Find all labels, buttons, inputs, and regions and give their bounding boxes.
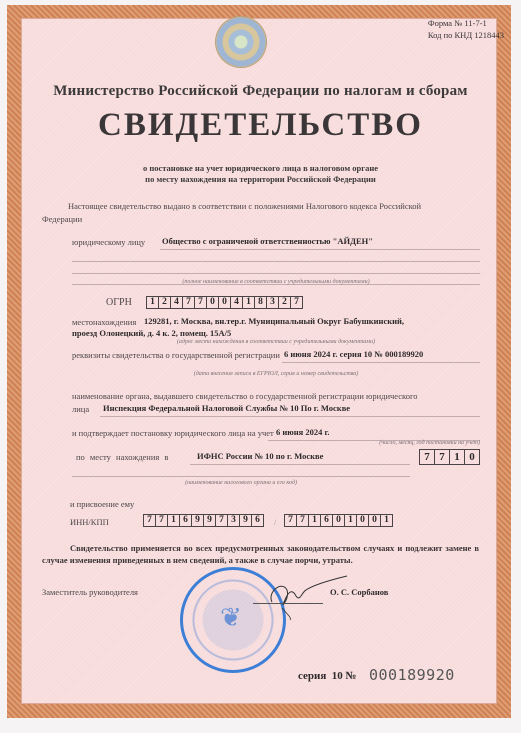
registration-label: реквизиты свидетельства о государственно… <box>72 350 280 360</box>
document-title: СВИДЕТЕЛЬСТВО <box>0 107 521 144</box>
kpp-digit: 1 <box>345 515 357 526</box>
inn-digit: 9 <box>192 515 204 526</box>
form-number: Форма № 11-7-1 <box>428 17 504 29</box>
form-info: Форма № 11-7-1 Код по КНД 1218443 <box>428 17 504 41</box>
knd-code: Код по КНД 1218443 <box>428 29 504 41</box>
inn-digit: 6 <box>180 515 192 526</box>
tax-office-code-digit: 0 <box>465 450 479 464</box>
registration-hint: (дата внесения записи в ЕГРЮЛ, серия и н… <box>72 371 480 377</box>
ogrn-digit: 4 <box>231 297 243 308</box>
ogrn-digit: 8 <box>255 297 267 308</box>
inn-digit: 3 <box>228 515 240 526</box>
kpp-digit: 7 <box>285 515 297 526</box>
ogrn-label: ОГРН <box>106 297 132 308</box>
entity-hint: (полное наименование в соответствии с уч… <box>72 279 480 285</box>
inn-digit: 7 <box>144 515 156 526</box>
inn-digit: 6 <box>252 515 263 526</box>
subtitle-line-2: по месту нахождения на территории Россий… <box>0 174 521 185</box>
ogrn-digit: 7 <box>183 297 195 308</box>
inn-boxes: 7716997396 <box>143 514 264 527</box>
registration-value: 6 июня 2024 г. серия 10 № 000189920 <box>284 349 423 359</box>
entity-name: Общество с ограниченой ответственностью … <box>162 236 373 246</box>
ogrn-digit: 0 <box>207 297 219 308</box>
confirm-date: 6 июня 2024 г. <box>276 427 330 437</box>
confirm-hint: (число, месяц, год постановки на учет) <box>300 440 480 446</box>
place-underline <box>190 464 410 465</box>
issuer-value: Инспекция Федеральной Налоговой Службы №… <box>103 403 350 413</box>
serial-number: 000189920 <box>369 666 455 684</box>
ogrn-digit: 1 <box>243 297 255 308</box>
location-value-line-1: 129281, г. Москва, вн.тер.г. Муниципальн… <box>144 316 404 326</box>
ogrn-digit: 3 <box>267 297 279 308</box>
signer-name: О. С. Сорбанов <box>330 587 388 597</box>
kpp-digit: 6 <box>321 515 333 526</box>
ministry-name: Министерство Российской Федерации по нал… <box>0 83 521 100</box>
entity-line-2 <box>72 261 480 262</box>
certificate-notice: Свидетельство применяется во всех предус… <box>42 542 479 566</box>
tax-office-code-digit: 7 <box>435 450 450 464</box>
signer-position: Заместитель руководителя <box>42 587 138 597</box>
intro-line-2: Федерации <box>42 214 82 224</box>
place-hint: (наименование налогового органа и его ко… <box>72 480 410 486</box>
location-label: местонахождения <box>72 317 136 327</box>
tax-office-code-digit: 7 <box>420 450 435 464</box>
inn-kpp-separator: / <box>274 517 276 527</box>
kpp-digit: 0 <box>333 515 345 526</box>
location-hint: (адрес места нахождения в соответствии с… <box>72 339 480 345</box>
issuer-underline <box>100 416 480 417</box>
entity-line-3 <box>72 273 480 274</box>
inn-digit: 9 <box>240 515 252 526</box>
confirm-label: и подтверждает постановку юридического л… <box>72 428 274 438</box>
inn-kpp-label: ИНН/КПП <box>70 517 109 527</box>
assign-label: и присвоение ему <box>70 499 134 509</box>
ogrn-digit: 1 <box>147 297 159 308</box>
ogrn-digit: 7 <box>195 297 207 308</box>
inn-digit: 9 <box>204 515 216 526</box>
document-subtitle: о постановке на учет юридического лица в… <box>0 163 521 185</box>
issuer-label-line-2: лица <box>72 404 89 414</box>
ogrn-digit: 2 <box>159 297 171 308</box>
inn-digit: 7 <box>216 515 228 526</box>
place-line-2 <box>72 476 410 477</box>
kpp-digit: 0 <box>357 515 369 526</box>
kpp-digit: 0 <box>369 515 381 526</box>
kpp-digit: 7 <box>297 515 309 526</box>
signature-line <box>253 603 323 604</box>
inn-digit: 7 <box>156 515 168 526</box>
ogrn-digit: 2 <box>279 297 291 308</box>
kpp-digit: 1 <box>309 515 321 526</box>
entity-label: юридическому лицу <box>72 237 145 247</box>
ogrn-digit: 0 <box>219 297 231 308</box>
eagle-emblem-icon: ❦ <box>220 603 242 633</box>
ogrn-digit: 7 <box>291 297 302 308</box>
kpp-digit: 1 <box>381 515 392 526</box>
registration-underline <box>282 362 480 363</box>
intro-line-1: Настоящее свидетельство выдано в соответ… <box>68 201 421 211</box>
issuer-label-line-1: наименование органа, выдавшего свидетель… <box>72 391 418 401</box>
entity-underline <box>160 249 480 250</box>
kpp-boxes: 771601001 <box>284 514 393 527</box>
serial-label: серия 10 № <box>298 670 357 682</box>
ogrn-digit: 4 <box>171 297 183 308</box>
ogrn-boxes: 1247700418327 <box>146 296 303 309</box>
tax-office-code-boxes: 7710 <box>419 449 480 465</box>
place-label: по месту нахождения в <box>76 452 168 462</box>
signature-icon <box>262 572 352 622</box>
place-value: ИФНС России № 10 по г. Москве <box>197 451 323 461</box>
inn-digit: 1 <box>168 515 180 526</box>
subtitle-line-1: о постановке на учет юридического лица в… <box>0 163 521 174</box>
location-value-line-2: проезд Олонецкий, д. 4 к. 2, помещ. 15А/… <box>72 328 231 338</box>
hologram-emblem-icon <box>216 17 266 67</box>
tax-office-code-digit: 1 <box>450 450 465 464</box>
